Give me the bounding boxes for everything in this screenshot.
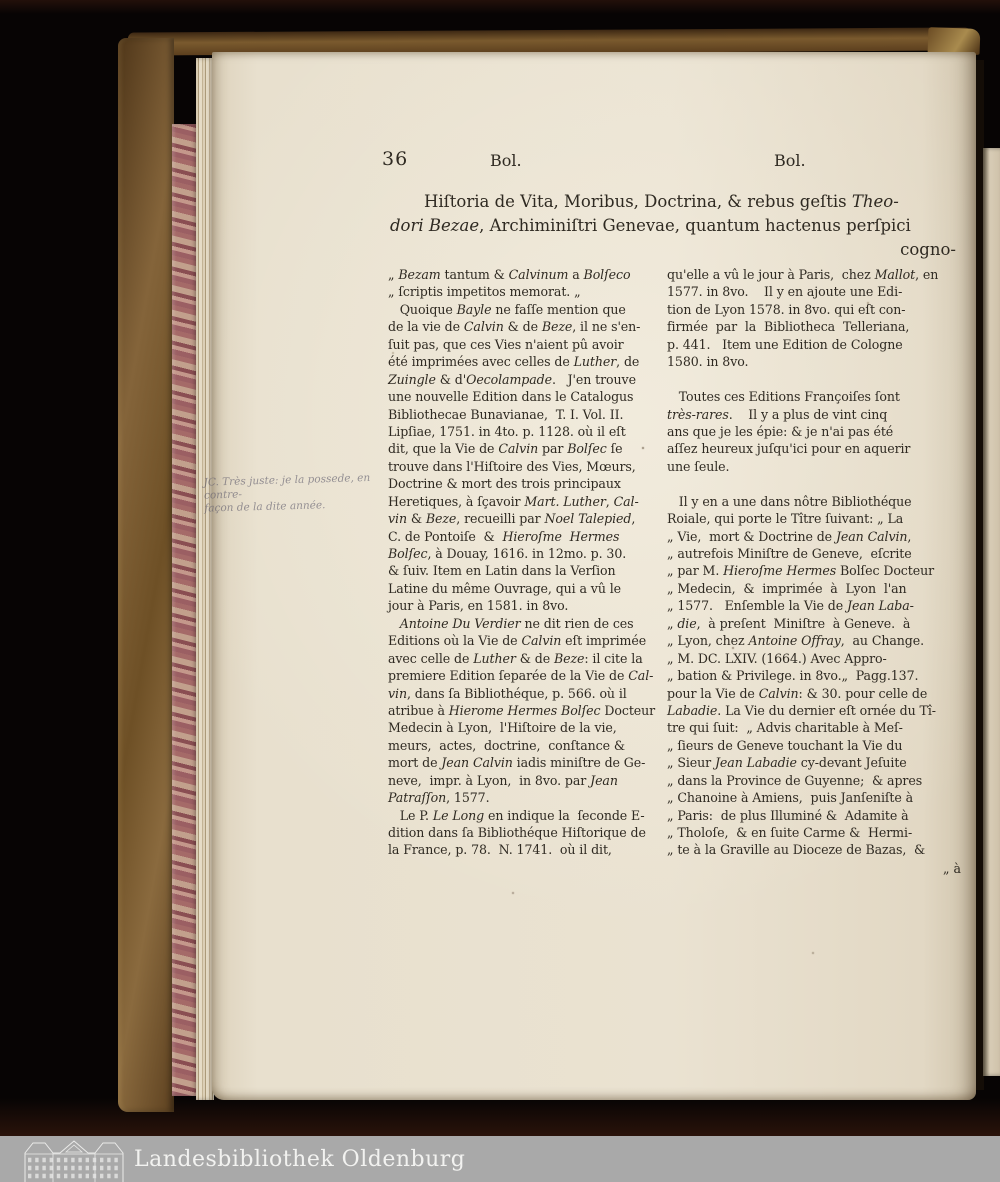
text-line: „ par M. Hieroſme Hermes Bolſec Docteur [667, 562, 961, 579]
text-line: „ te à la Graville au Dioceze de Bazas, … [667, 841, 961, 858]
handwritten-margin-note: JC. Très juste: je la possede, en contre… [203, 471, 389, 515]
text-line: vin, dans ſa Bibliothéque, p. 566. où il [388, 685, 664, 702]
text-line: „ die, à preſent Miniſtre à Geneve. à [667, 615, 961, 632]
text-line: ans que je les épie: & je n'ai pas été [667, 423, 961, 440]
text-line: Bibliothecae Bunavianae, T. I. Vol. II. [388, 406, 664, 423]
text-line: tre qui ſuit: „ Advis charitable à Meſ- [667, 719, 961, 736]
running-head-right: Bol. [774, 151, 806, 170]
text-line: „ Chanoine à Amiens, puis Janſeniſte à [667, 789, 961, 806]
text-line: 1577. in 8vo. Il y en ajoute une Edi- [667, 283, 961, 300]
text-line: Patraſſon, 1577. [388, 789, 664, 806]
viewer-footer: Landesbibliothek Oldenburg [0, 1136, 1000, 1182]
text-line: une ſeule. [667, 458, 961, 475]
text-line: jour à Paris, en 1581. in 8vo. [388, 597, 664, 614]
text-line: Bolſec, à Douay, 1616. in 12mo. p. 30. [388, 545, 664, 562]
text-line: „ autrefois Miniſtre de Geneve, eſcrite [667, 545, 961, 562]
text-line: Antoine Du Verdier ne dit rien de ces [388, 615, 664, 632]
text-line: Quoique Bayle ne faſſe mention que [388, 301, 664, 318]
text-line: „ ſcriptis impetitos memorat. „ [388, 283, 664, 300]
text-line: très-rares. Il y a plus de vint cinq [667, 406, 961, 423]
background-top-tint [0, 0, 1000, 14]
text-line: neve, impr. à Lyon, in 8vo. par Jean [388, 772, 664, 789]
text-line: Labadie. La Vie du dernier eſt ornée du … [667, 702, 961, 719]
text-line: ſuit pas, que ces Vies n'aient pû avoir [388, 336, 664, 353]
text-line: Il y en a une dans nôtre Bibliothéque [667, 493, 961, 510]
facing-page-sliver [983, 148, 1000, 1076]
text-line: été imprimées avec celles de Luther, de [388, 353, 664, 370]
text-line: „ Bezam tantum & Calvinum a Bolſeco [388, 266, 664, 283]
text-line: Latine du même Ouvrage, qui a vû le [388, 580, 664, 597]
text-line: trouve dans l'Hiſtoire des Vies, Mœurs, [388, 458, 664, 475]
text-line [667, 371, 961, 388]
text-line: dit, que la Vie de Calvin par Bolſec ſe [388, 440, 664, 457]
text-line: Medecin à Lyon, l'Hiſtoire de la vie, [388, 719, 664, 736]
catchword: „ à [667, 860, 961, 877]
text-line: „ 1577. Enſemble la Vie de Jean Laba- [667, 597, 961, 614]
text-line: premiere Edition ſeparée de la Vie de Ca… [388, 667, 664, 684]
text-line: firmée par la Bibliotheca Telleriana, [667, 318, 961, 335]
text-line: „ Vie, mort & Doctrine de Jean Calvin, [667, 528, 961, 545]
text-line: Heretiques, à ſçavoir Mart. Luther, Cal- [388, 493, 664, 510]
marbled-page-edge [172, 124, 198, 1096]
book-page: 36 Bol. Bol. Hiſtoria de Vita, Moribus, … [212, 52, 976, 1100]
text-line: de la vie de Calvin & de Beze, il ne s'e… [388, 318, 664, 335]
text-line: Le P. Le Long en indique la ſeconde E- [388, 807, 664, 824]
book-cover-corner [928, 27, 981, 55]
text-line: „ ſieurs de Geneve touchant la Vie du [667, 737, 961, 754]
library-name: Landesbibliothek Oldenburg [134, 1136, 465, 1182]
text-line: 1580. in 8vo. [667, 353, 961, 370]
text-line: une nouvelle Edition dans le Catalogus [388, 388, 664, 405]
text-line: mort de Jean Calvin iadis miniſtre de Ge… [388, 754, 664, 771]
text-line: Toutes ces Editions Françoiſes ſont [667, 388, 961, 405]
text-line: qu'elle a vû le jour à Paris, chez Mallo… [667, 266, 961, 283]
text-line: C. de Pontoiſe & Hieroſme Hermes [388, 528, 664, 545]
text-line: tion de Lyon 1578. in 8vo. qui eſt con- [667, 301, 961, 318]
text-line: Roiale, qui porte le Tître ſuivant: „ La [667, 510, 961, 527]
text-line: dition dans ſa Bibliothéque Hiſtorique d… [388, 824, 664, 841]
text-line: pour la Vie de Calvin: & 30. pour celle … [667, 685, 961, 702]
text-line: „ bation & Privilege. in 8vo.„ Pagg.137. [667, 667, 961, 684]
text-line: „ Paris: de plus Illuminé & Adamite à [667, 807, 961, 824]
book-cover-left-edge [118, 38, 174, 1112]
title-line: dori Bezae, Archiminiſtri Genevae, quant… [390, 214, 956, 238]
text-line: vin & Beze, recueilli par Noel Talepied, [388, 510, 664, 527]
title-line: Hiſtoria de Vita, Moribus, Doctrina, & r… [390, 190, 956, 214]
text-line: „ Medecin, & imprimée à Lyon l'an [667, 580, 961, 597]
text-line: & ſuiv. Item en Latin dans la Verſion [388, 562, 664, 579]
text-line: Doctrine & mort des trois principaux [388, 475, 664, 492]
text-line: avec celle de Luther & de Beze: il cite … [388, 650, 664, 667]
text-line [667, 475, 961, 492]
library-building-icon [22, 1139, 127, 1182]
text-line: „ Tholoſe, & en ſuite Carme & Hermi- [667, 824, 961, 841]
title-line: cogno- [390, 238, 956, 262]
text-column-right: qu'elle a vû le jour à Paris, chez Mallo… [667, 266, 961, 859]
text-line: Editions où la Vie de Calvin eſt imprimé… [388, 632, 664, 649]
text-line: atribue à Hierome Hermes Bolſec Docteur [388, 702, 664, 719]
text-line: Lipſiae, 1751. in 4to. p. 1128. où il eſ… [388, 423, 664, 440]
text-line: aſſez heureux juſqu'ici pour en aquerir [667, 440, 961, 457]
text-line: „ dans la Province de Guyenne; & apres [667, 772, 961, 789]
text-line: la France, p. 78. N. 1741. où il dit, [388, 841, 664, 858]
text-column-left: „ Bezam tantum & Calvinum a Bolſeco„ ſcr… [388, 266, 664, 859]
paper-speckles [212, 52, 214, 54]
text-line: p. 441. Item une Edition de Cologne [667, 336, 961, 353]
page-number: 36 [382, 148, 408, 170]
chapter-title: Hiſtoria de Vita, Moribus, Doctrina, & r… [390, 190, 956, 262]
running-head-left: Bol. [490, 151, 522, 170]
text-line: Zuingle & d'Oecolampade. J'en trouve [388, 371, 664, 388]
text-line: meurs, actes, doctrine, conſtance & [388, 737, 664, 754]
text-line: „ Lyon, chez Antoine Offray, au Change. [667, 632, 961, 649]
text-line: „ Sieur Jean Labadie cy-devant Jeſuite [667, 754, 961, 771]
text-line: „ M. DC. LXIV. (1664.) Avec Appro- [667, 650, 961, 667]
